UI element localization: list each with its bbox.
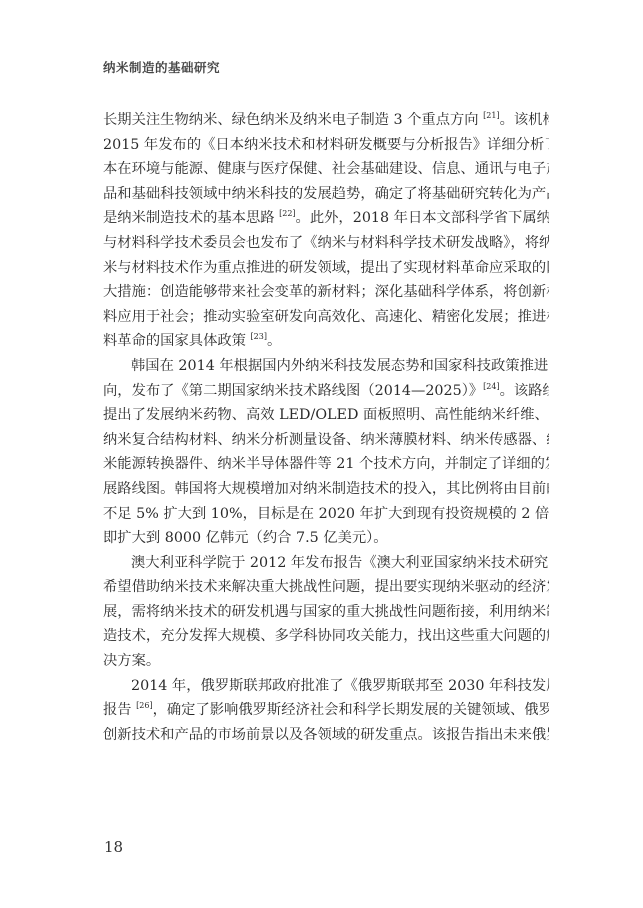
citation: [26] [136, 701, 152, 710]
text-line: 纳米复合结构材料、纳米分析测量设备、纳米薄膜材料、纳米传感器、纳 [103, 428, 549, 453]
text-line: 米与材料技术作为重点推进的研发领域，提出了实现材料革命应采取的四 [103, 256, 549, 281]
text-line: 造技术，充分发挥大规模、多学科协同攻关能力，找出这些重大问题的解 [103, 624, 549, 649]
text-line: 希望借助纳米技术来解决重大挑战性问题，提出要实现纳米驱动的经济发 [103, 575, 549, 600]
text-line: 料应用于社会；推动实验室研发向高效化、高速化、精密化发展；推进材 [103, 305, 549, 330]
text-line: 不足 5% 扩大到 10%，目标是在 2020 年扩大到现有投资规模的 2 倍以… [103, 502, 549, 527]
text-line: 向，发布了《第二期国家纳米技术路线图（2014—2025）》[24]。该路线图 [103, 379, 549, 404]
text-line: 创新技术和产品的市场前景以及各领域的研发重点。该报告指出未来俄罗 [103, 723, 549, 748]
text-line: 大措施：创造能够带来社会变革的新材料；深化基础科学体系，将创新材 [103, 280, 549, 305]
text-line: 是纳米制造技术的基本思路 [22]。此外，2018 年日本文部科学省下属纳米 [103, 206, 549, 231]
text-line: 长期关注生物纳米、绿色纳米及纳米电子制造 3 个重点方向 [21]。该机构于 [103, 108, 549, 133]
text-line: 2015 年发布的《日本纳米技术和材料研发概要与分析报告》详细分析了日 [103, 133, 549, 158]
text-line: 决方案。 [103, 649, 549, 674]
text-line: 料革命的国家具体政策 [23]。 [103, 329, 549, 354]
citation: [24] [483, 382, 499, 391]
running-header-title: 纳米制造的基础研究 [103, 58, 220, 76]
text-line: 即扩大到 8000 亿韩元（约合 7.5 亿美元）。 [103, 526, 549, 551]
text-line: 韩国在 2014 年根据国内外纳米科技发展态势和国家科技政策推进方 [103, 354, 549, 379]
text-line: 2014 年，俄罗斯联邦政府批准了《俄罗斯联邦至 2030 年科技发展预测》 [103, 674, 549, 699]
text-line: 与材料科学技术委员会也发布了《纳米与材料科学技术研发战略》，将纳 [103, 231, 549, 256]
citation: [21] [483, 111, 499, 120]
text-line: 品和基础科技领域中纳米科技的发展趋势，确定了将基础研究转化为产品 [103, 182, 549, 207]
text-line: 澳大利亚科学院于 2012 年发布报告《澳大利亚国家纳米技术研究战略》[25]， [103, 551, 549, 576]
body-text: 长期关注生物纳米、绿色纳米及纳米电子制造 3 个重点方向 [21]。该机构于 2… [103, 108, 549, 747]
text-line: 提出了发展纳米药物、高效 LED/OLED 面板照明、高性能纳米纤维、超轻 [103, 403, 549, 428]
citation: [22] [279, 209, 295, 218]
text-line: 展，需将纳米技术的研发机遇与国家的重大挑战性问题衔接，利用纳米制 [103, 600, 549, 625]
citation: [23] [251, 332, 267, 341]
page-number: 18 [104, 838, 123, 856]
text-line: 米能源转换器件、纳米半导体器件等 21 个技术方向，并制定了详细的发 [103, 452, 549, 477]
text-line: 展路线图。韩国将大规模增加对纳米制造技术的投入，其比例将由目前的 [103, 477, 549, 502]
text-line: 本在环境与能源、健康与医疗保健、社会基础建设、信息、通讯与电子产 [103, 157, 549, 182]
text-line: 报告 [26]，确定了影响俄罗斯经济社会和科学长期发展的关键领域、俄罗斯 [103, 698, 549, 723]
